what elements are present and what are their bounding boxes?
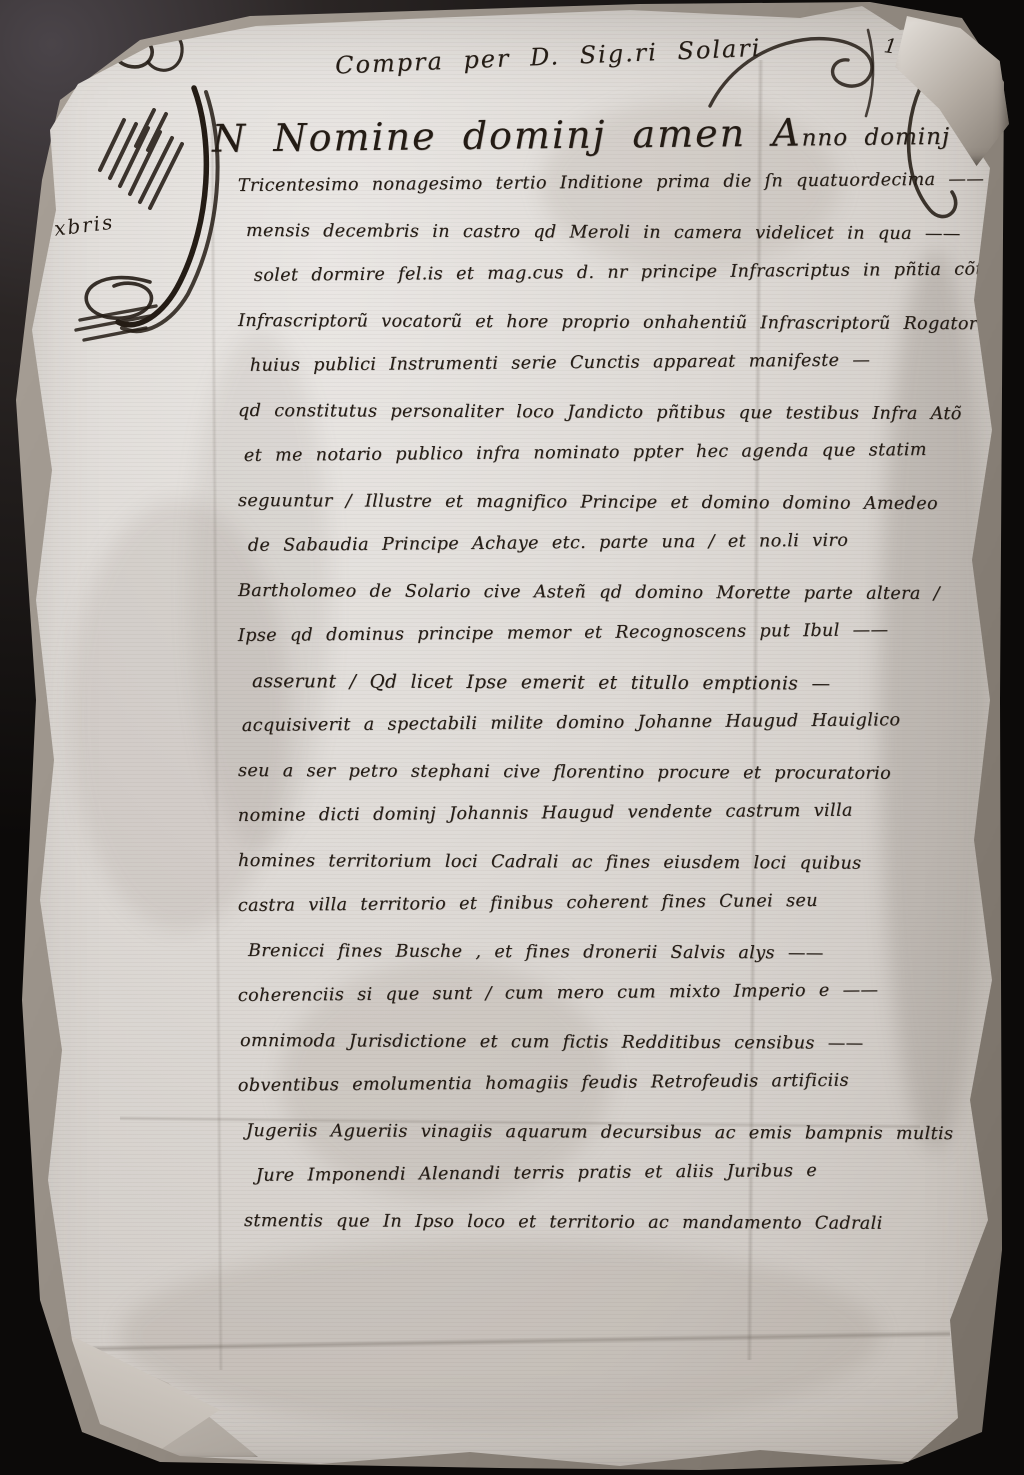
archivist-header-note: Compra per D. Sig.ri Solari: [335, 32, 796, 79]
opening-invocation: N Nomine dominj amen Anno dominj mille ſ…: [212, 107, 1024, 160]
manuscript-line: nomine dicti dominj Johannis Haugud vend…: [238, 799, 998, 851]
manuscript-line: stmentis que In Ipso loco et territorio …: [238, 1211, 998, 1259]
manuscript-line: solet dormire fel.is et mag.cus d. nr pr…: [238, 259, 998, 311]
opening-large-script: N Nomine dominj amen A: [212, 110, 802, 160]
manuscript-line: obventibus emolumentia homagiis feudis R…: [238, 1069, 998, 1121]
parchment-sheet: Compra per D. Sig.ri Solari 1 93· 14· xb…: [0, 0, 1024, 1475]
manuscript-line: et me notario publico infra nominato ppt…: [238, 439, 998, 491]
manuscript-line: acquisiverit a spectabili milite domino …: [238, 709, 998, 761]
manuscript-line: Ipse qd dominus principe memor et Recogn…: [238, 619, 998, 671]
folio-number: 1: [882, 33, 898, 59]
manuscript-line: huius publici Instrumenti serie Cunctis …: [238, 349, 998, 401]
crease: [70, 1330, 950, 1352]
crease: [210, 120, 224, 1370]
manuscript-line: de Sabaudia Principe Achaye etc. parte u…: [238, 529, 998, 581]
manuscript-line: Tricentesimo nonagesimo tertio Inditione…: [238, 169, 998, 221]
stain: [120, 1240, 880, 1430]
photo-background: Compra per D. Sig.ri Solari 1 93· 14· xb…: [0, 0, 1024, 1475]
manuscript-line: Jure Imponendi Alenandi terris pratis et…: [238, 1159, 998, 1211]
text-block: Tricentesimo nonagesimo tertio Inditione…: [238, 176, 998, 1256]
manuscript-line: castra villa territorio et finibus coher…: [238, 889, 998, 941]
manuscript-line: coherenciis si que sunt / cum mero cum m…: [238, 979, 998, 1031]
margin-note-day: 14· xbris: [7, 210, 116, 247]
